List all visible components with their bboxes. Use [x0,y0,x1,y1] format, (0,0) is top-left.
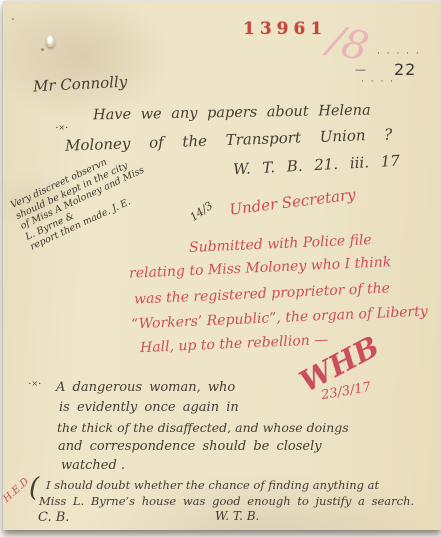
red-minute-line: “Workers’ Republic”, the organ of Libert… [131,304,428,333]
dot-row: · · · · · [377,49,421,59]
diagonal-margin-note: Very discreet observn should be kept in … [9,144,156,253]
reference-mark: ·×· [55,122,69,134]
file-number-stamp: 13961 [243,19,327,39]
closing-initials: C. B. [38,510,69,525]
scanned-document: 13961 /8 · · · · · — 22 · · · · Mr Conno… [0,0,441,537]
margin-initials: H.E.D [1,476,31,505]
paper-sheet: 13961 /8 · · · · · — 22 · · · · Mr Conno… [3,1,441,530]
query-signature: W. T. B. 21. iii. 17 [233,152,401,179]
salutation: Mr Connolly [33,73,128,96]
dot-row: · · · · [361,77,395,87]
closing-signature: W. T. B. [215,509,259,523]
closing-line: Miss L. Byrne’s house was good enough to… [39,494,414,508]
query-line: Have we any papers about Helena [93,103,371,124]
red-minute-line: Hall, up to the rebellion — [140,332,329,356]
margin-note-date: 14/3 [188,199,216,224]
bracket-mark: ( [29,473,39,503]
assessment-line: the thick of the disaffected, and whose … [57,420,349,435]
assessment-line: is evidently once again in [59,400,239,415]
assessment-line: and correspondence should be closely [58,439,322,454]
addressee-heading: Under Secretary [228,185,356,218]
closing-line: I should doubt whether the chance of fin… [46,478,379,492]
red-minute-line: relating to Miss Moloney who I think [129,254,392,281]
paper-speck [41,48,44,51]
dash-mark: — [355,63,368,76]
query-line: Moloney of the Transport Union ? [65,125,393,154]
red-minute-line: was the registered proprietor of the [134,280,390,307]
assessment-line: A dangerous woman, who [56,380,235,395]
reference-mark: ·×· [28,378,42,390]
paper-speck [12,18,14,20]
page-number: 22 [394,60,416,79]
pin-hole [46,35,55,47]
assessment-line: watched . [61,458,125,473]
red-minute-line: Submitted with Police file [189,232,372,256]
